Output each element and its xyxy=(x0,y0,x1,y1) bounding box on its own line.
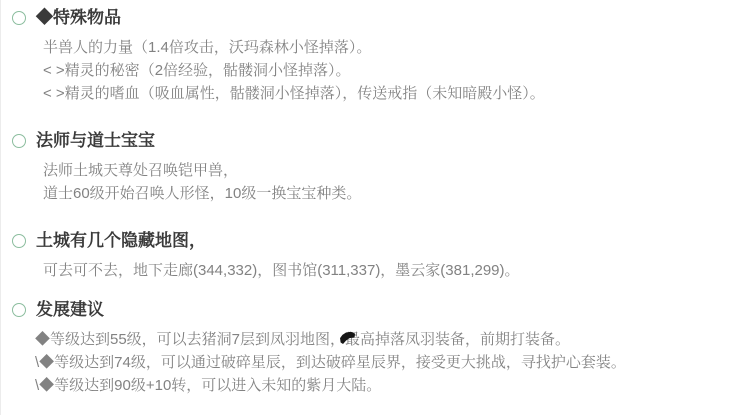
bullet-circle-icon xyxy=(12,11,26,25)
section-body: 可去可不去，地下走廊(344,332)，图书馆(311,337)，墨云家(381… xyxy=(43,259,750,282)
game-guide-page: ◆特殊物品 半兽人的力量（1.4倍攻击，沃玛森林小怪掉落）。 < >精灵的秘密（… xyxy=(0,0,750,415)
obscured-char: 最 xyxy=(345,328,360,351)
section-hidden-maps: 土城有几个隐藏地图， 可去可不去，地下走廊(344,332)，图书馆(311,3… xyxy=(1,231,750,282)
section-heading: ◆特殊物品 xyxy=(36,8,750,28)
section-body: 法师土城天尊处召唤铠甲兽， 道士60级开始召唤人形怪，10级一换宝宝种类。 xyxy=(43,159,750,205)
body-line: 道士60级开始召唤人形怪，10级一换宝宝种类。 xyxy=(43,182,750,205)
section-heading: 发展建议 xyxy=(36,300,750,320)
section-mage-taoist-pets: 法师与道士宝宝 法师土城天尊处召唤铠甲兽， 道士60级开始召唤人形怪，10级一换… xyxy=(1,131,750,205)
body-line: < >精灵的秘密（2倍经验，骷髅洞小怪掉落）。 xyxy=(43,59,750,82)
body-text: 最 xyxy=(345,331,360,348)
body-line: < >精灵的嗜血（吸血属性，骷髅洞小怪掉落），传送戒指（未知暗殿小怪）。 xyxy=(43,82,750,105)
body-line: 可去可不去，地下走廊(344,332)，图书馆(311,337)，墨云家(381… xyxy=(43,259,750,282)
body-text: ◆等级达到55级，可以去猪洞7层到凤羽地图， xyxy=(35,331,345,348)
section-heading: 法师与道士宝宝 xyxy=(36,131,750,151)
body-line: 法师土城天尊处召唤铠甲兽， xyxy=(43,159,750,182)
body-line: \◆等级达到90级+10转，可以进入未知的紫月大陆。 xyxy=(35,374,750,397)
body-line: ◆等级达到55级，可以去猪洞7层到凤羽地图，最高掉落凤羽装备，前期打装备。 xyxy=(35,328,750,351)
section-heading: 土城有几个隐藏地图， xyxy=(36,231,750,251)
body-text: 高掉落凤羽装备，前期打装备。 xyxy=(360,331,570,348)
bullet-circle-icon xyxy=(12,134,26,148)
section-body: 半兽人的力量（1.4倍攻击，沃玛森林小怪掉落）。 < >精灵的秘密（2倍经验，骷… xyxy=(43,36,750,105)
section-special-items: ◆特殊物品 半兽人的力量（1.4倍攻击，沃玛森林小怪掉落）。 < >精灵的秘密（… xyxy=(1,8,750,105)
section-development-advice: 发展建议 ◆等级达到55级，可以去猪洞7层到凤羽地图，最高掉落凤羽装备，前期打装… xyxy=(1,300,750,397)
body-line: \◆等级达到74级，可以通过破碎星辰，到达破碎星辰界，接受更大挑战，寻找护心套装… xyxy=(35,351,750,374)
bullet-circle-icon xyxy=(12,303,26,317)
body-line: 半兽人的力量（1.4倍攻击，沃玛森林小怪掉落）。 xyxy=(43,36,750,59)
bullet-circle-icon xyxy=(12,234,26,248)
section-body: ◆等级达到55级，可以去猪洞7层到凤羽地图，最高掉落凤羽装备，前期打装备。 \◆… xyxy=(35,328,750,397)
